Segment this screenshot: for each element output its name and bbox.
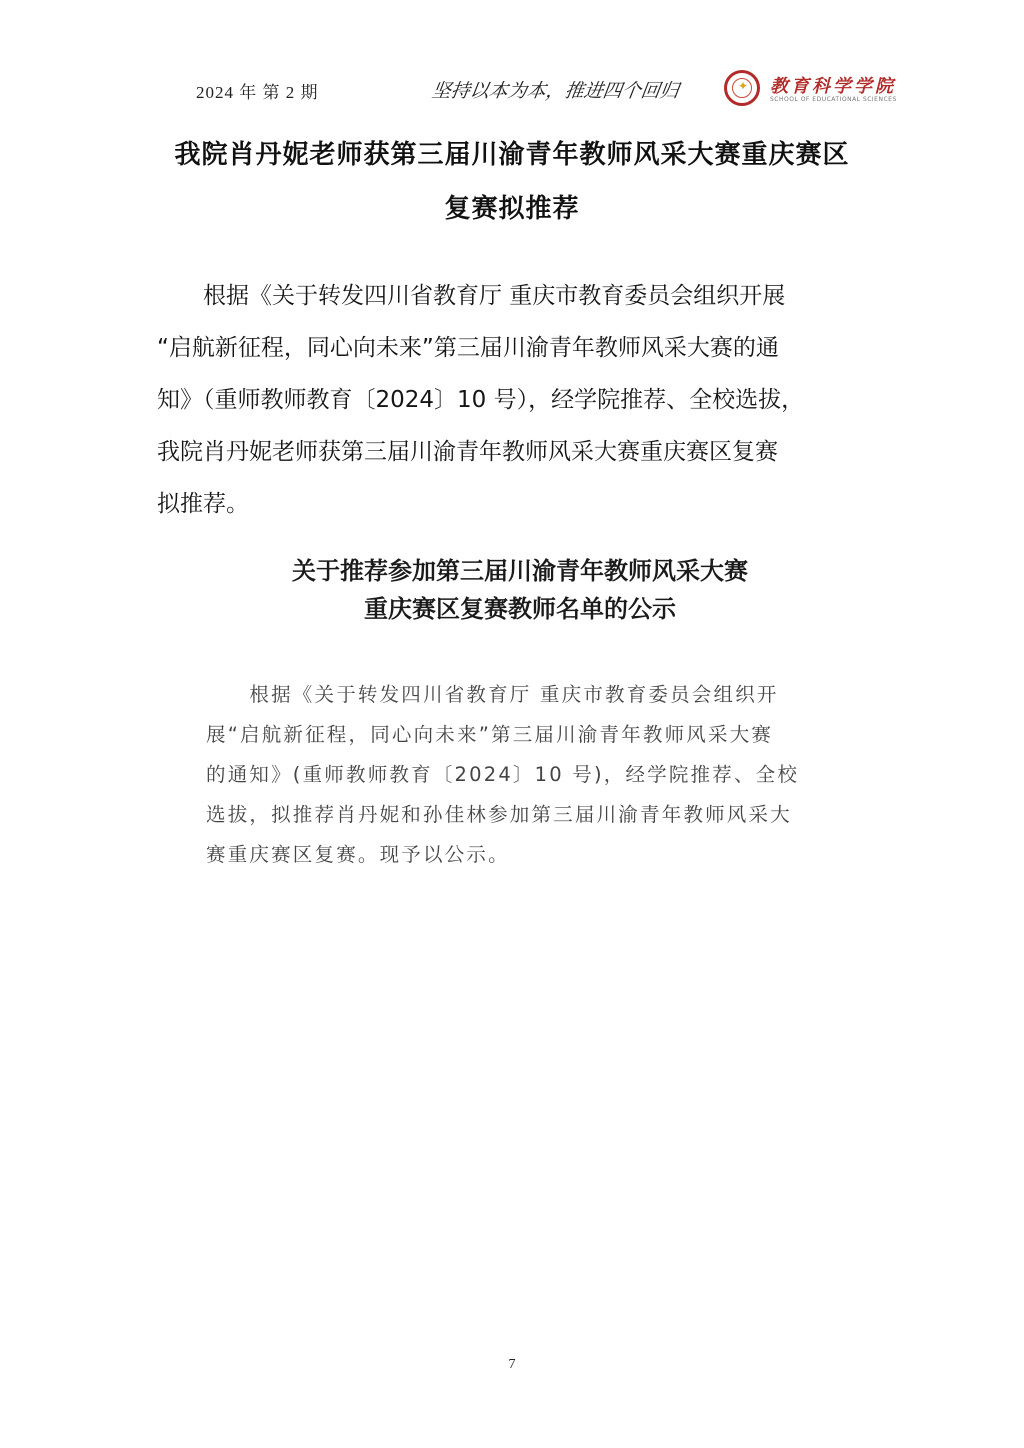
notice-title-line-2: 重庆赛区复赛教师名单的公示 [200, 589, 840, 624]
logo-subtitle: SCHOOL OF EDUCATIONAL SCIENCES [770, 96, 897, 103]
body-line: 知》（重师教师教育〔2024〕10 号），经学院推荐、全校选拔， [157, 374, 872, 426]
page-header: 2024 年 第 2 期 坚持以本为本，推进四个回归 ✦ 教育科学学院 SCHO… [0, 70, 1024, 110]
notice-line: 的通知》(重师教师教育〔2024〕10 号)，经学院推荐、全校 [206, 755, 836, 795]
notice-body: 根据《关于转发四川省教育厅 重庆市教育委员会组织开 展“启航新征程，同心向未来”… [206, 675, 836, 875]
logo-name: 教育科学学院 [770, 72, 896, 98]
body-line: “启航新征程，同心向未来”第三届川渝青年教师风采大赛的通 [157, 322, 872, 374]
notice-title-line-1: 关于推荐参加第三届川渝青年教师风采大赛 [200, 551, 840, 586]
article-body: 根据《关于转发四川省教育厅 重庆市教育委员会组织开展 “启航新征程，同心向未来”… [157, 270, 872, 530]
school-emblem-icon: ✦ [724, 70, 760, 106]
notice-image: 关于推荐参加第三届川渝青年教师风采大赛 重庆赛区复赛教师名单的公示 根据《关于转… [200, 545, 840, 885]
body-line: 根据《关于转发四川省教育厅 重庆市教育委员会组织开展 [157, 270, 872, 322]
notice-line: 选拔，拟推荐肖丹妮和孙佳林参加第三届川渝青年教师风采大 [206, 795, 836, 835]
body-line: 拟推荐。 [157, 478, 872, 530]
article-title-line-2: 复赛拟推荐 [0, 188, 1024, 225]
body-line: 我院肖丹妮老师获第三届川渝青年教师风采大赛重庆赛区复赛 [157, 426, 872, 478]
issue-label: 2024 年 第 2 期 [196, 78, 319, 103]
notice-line: 根据《关于转发四川省教育厅 重庆市教育委员会组织开 [206, 675, 836, 715]
notice-line: 展“启航新征程，同心向未来”第三届川渝青年教师风采大赛 [206, 715, 836, 755]
school-logo: ✦ 教育科学学院 SCHOOL OF EDUCATIONAL SCIENCES [724, 70, 904, 110]
motto-text: 坚持以本为本，推进四个回归 [430, 76, 681, 103]
article-title-line-1: 我院肖丹妮老师获第三届川渝青年教师风采大赛重庆赛区 [0, 134, 1024, 171]
page-number: 7 [0, 1357, 1024, 1373]
notice-line: 赛重庆赛区复赛。现予以公示。 [206, 835, 836, 875]
